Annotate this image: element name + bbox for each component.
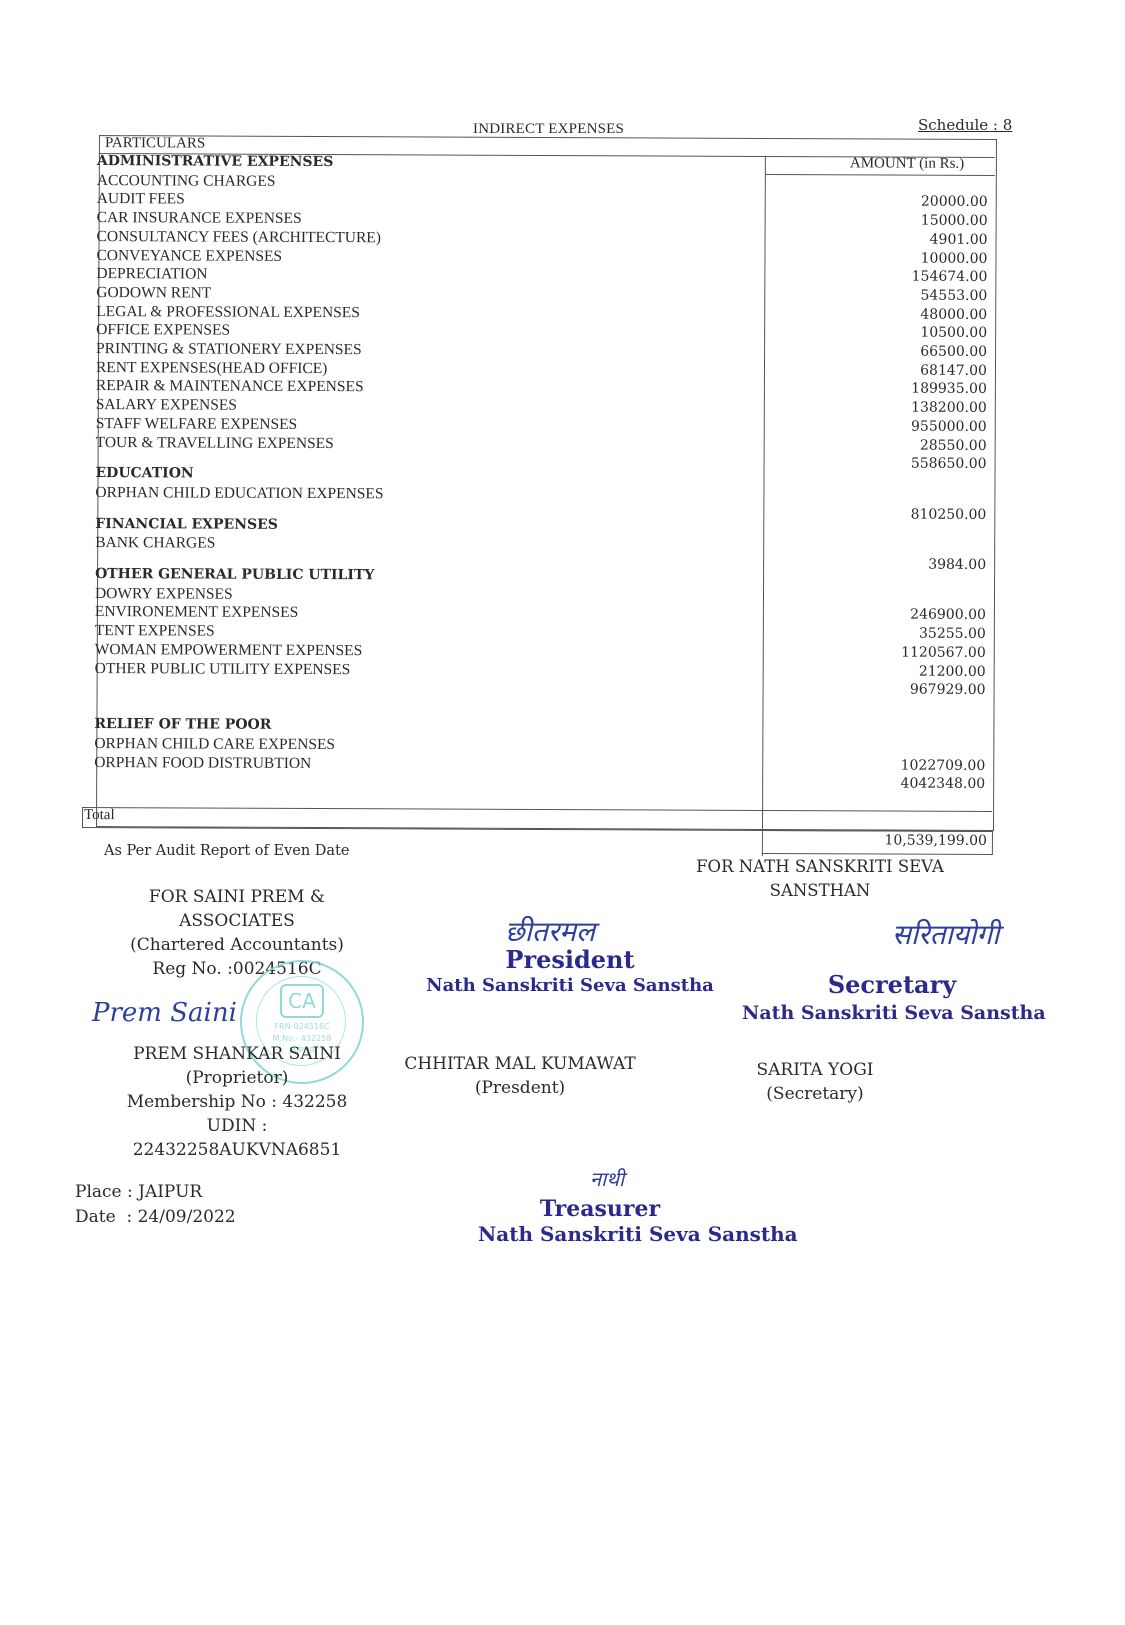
auditor-udin-label: UDIN : (92, 1114, 382, 1138)
org-for-line1: FOR NATH SANSKRITI SEVA (670, 855, 970, 879)
section-heading: EDUCATION (95, 465, 193, 481)
schedule-number: Schedule : 8 (918, 116, 1012, 134)
expense-amount: 20000.00 (921, 194, 988, 210)
auditor-firm-line2: ASSOCIATES (92, 909, 382, 933)
place-date: Place : JAIPUR Date : 24/09/2022 (75, 1180, 236, 1230)
expense-amount: 66500.00 (920, 344, 987, 360)
expense-item: GODOWN RENT (96, 284, 211, 303)
secretary-stamp-org: Nath Sanskriti Seva Sanstha (742, 1002, 1042, 1024)
expense-item: TENT EXPENSES (95, 622, 215, 641)
particulars-header: PARTICULARS (105, 135, 205, 152)
auditor-udin: 22432258AUKVNA6851 (92, 1138, 382, 1162)
secretary-signature: सरितायोगी (892, 915, 999, 953)
expense-amount: 558650.00 (911, 456, 987, 472)
expense-amount: 21200.00 (919, 663, 986, 679)
expense-item: AUDIT FEES (97, 190, 185, 208)
expense-item: DOWRY EXPENSES (95, 585, 233, 604)
treasurer-stamp-title: Treasurer (500, 1196, 700, 1222)
schedule-title: INDIRECT EXPENSES (473, 121, 624, 138)
expense-item: SALARY EXPENSES (96, 396, 237, 415)
expense-item: STAFF WELFARE EXPENSES (96, 415, 298, 434)
expense-item: REPAIR & MAINTENANCE EXPENSES (96, 377, 364, 396)
expense-amount: 10000.00 (921, 250, 988, 266)
total-amount: 10,539,199.00 (884, 832, 987, 848)
president-stamp-org: Nath Sanskriti Seva Sanstha (420, 975, 720, 996)
expense-amount: 3984.00 (928, 557, 986, 573)
treasurer-signature: नाथी (590, 1165, 624, 1192)
expense-amount: 35255.00 (919, 626, 986, 642)
expense-amount: 1022709.00 (901, 757, 986, 773)
expense-amount: 189935.00 (911, 381, 987, 397)
expense-item: RENT EXPENSES(HEAD OFFICE) (96, 359, 327, 378)
section-heading: ADMINISTRATIVE EXPENSES (97, 153, 334, 170)
expense-item: ORPHAN FOOD DISTRUBTION (94, 754, 311, 773)
secretary-role: (Secretary) (715, 1082, 915, 1106)
org-for-line2: SANSTHAN (670, 879, 970, 903)
expense-item: CONSULTANCY FEES (ARCHITECTURE) (97, 228, 381, 247)
auditor-role: (Proprietor) (92, 1066, 382, 1090)
secretary-stamp-title: Secretary (742, 970, 1042, 999)
expense-amount: 810250.00 (911, 506, 987, 522)
president-details: CHHITAR MAL KUMAWAT (Presdent) (385, 1052, 655, 1100)
section-heading: FINANCIAL EXPENSES (95, 516, 278, 533)
total-label: Total (84, 807, 115, 824)
auditor-membership: Membership No : 432258 (92, 1090, 382, 1114)
audit-note: As Per Audit Report of Even Date (104, 843, 349, 859)
expense-item: ENVIRONEMENT EXPENSES (95, 603, 298, 622)
expense-amount: 54553.00 (920, 288, 987, 304)
expense-item: CONVEYANCE EXPENSES (96, 247, 282, 266)
auditor-signature: Prem Saini (92, 998, 237, 1028)
expense-amount: 967929.00 (910, 682, 986, 698)
expense-amount: 4901.00 (930, 231, 988, 247)
expense-amount: 68147.00 (920, 362, 987, 378)
president-name: CHHITAR MAL KUMAWAT (385, 1052, 655, 1076)
expense-item: ACCOUNTING CHARGES (97, 172, 276, 191)
treasurer-stamp-org: Nath Sanskriti Seva Sanstha (478, 1222, 808, 1246)
expense-item: TOUR & TRAVELLING EXPENSES (96, 434, 334, 453)
expense-amount: 154674.00 (912, 269, 988, 285)
expense-item: BANK CHARGES (95, 534, 215, 553)
expense-item: DEPRECIATION (96, 265, 207, 283)
auditor-firm-block: FOR SAINI PREM & ASSOCIATES (Chartered A… (92, 885, 382, 981)
expense-item: WOMAN EMPOWERMENT EXPENSES (95, 641, 363, 660)
auditor-details: PREM SHANKAR SAINI (Proprietor) Membersh… (92, 1042, 382, 1162)
secretary-name: SARITA YOGI (715, 1058, 915, 1082)
expense-item: PRINTING & STATIONERY EXPENSES (96, 340, 362, 359)
expense-item: ORPHAN CHILD EDUCATION EXPENSES (95, 484, 383, 503)
auditor-name: PREM SHANKAR SAINI (92, 1042, 382, 1066)
expense-amount: 48000.00 (920, 306, 987, 322)
expense-amount: 28550.00 (920, 437, 987, 453)
secretary-details: SARITA YOGI (Secretary) (715, 1058, 915, 1106)
expense-amount: 15000.00 (921, 213, 988, 229)
seal-frn: FRN-024516C (242, 1022, 362, 1031)
expense-item: LEGAL & PROFESSIONAL EXPENSES (96, 303, 360, 322)
organization-heading: FOR NATH SANSKRITI SEVA SANSTHAN (670, 855, 970, 903)
place: Place : JAIPUR (75, 1180, 236, 1205)
expenses-table: PARTICULARS AMOUNT (in Rs.) ADMINISTRATI… (82, 135, 1010, 861)
expense-amount: 4042348.00 (901, 776, 986, 792)
ca-logo-icon: CA (280, 984, 324, 1018)
expense-amount: 138200.00 (911, 400, 987, 416)
auditor-firm-type: (Chartered Accountants) (92, 933, 382, 957)
expense-amount: 955000.00 (911, 418, 987, 434)
section-heading: OTHER GENERAL PUBLIC UTILITY (95, 566, 374, 583)
president-stamp-title: President (420, 945, 720, 974)
total-row-frame (82, 807, 993, 832)
president-role: (Presdent) (385, 1076, 655, 1100)
expense-item: OFFICE EXPENSES (96, 321, 230, 340)
expense-amount: 10500.00 (920, 325, 987, 341)
expense-amount: 1120567.00 (901, 644, 986, 660)
expense-item: ORPHAN CHILD CARE EXPENSES (94, 735, 335, 754)
date: Date : 24/09/2022 (75, 1205, 236, 1230)
expense-item: OTHER PUBLIC UTILITY EXPENSES (95, 660, 351, 679)
expense-item: CAR INSURANCE EXPENSES (97, 209, 302, 228)
expense-amount: 246900.00 (910, 607, 986, 623)
auditor-firm-line1: FOR SAINI PREM & (92, 885, 382, 909)
amount-header: AMOUNT (in Rs.) (850, 155, 964, 172)
section-heading: RELIEF OF THE POOR (94, 716, 271, 733)
